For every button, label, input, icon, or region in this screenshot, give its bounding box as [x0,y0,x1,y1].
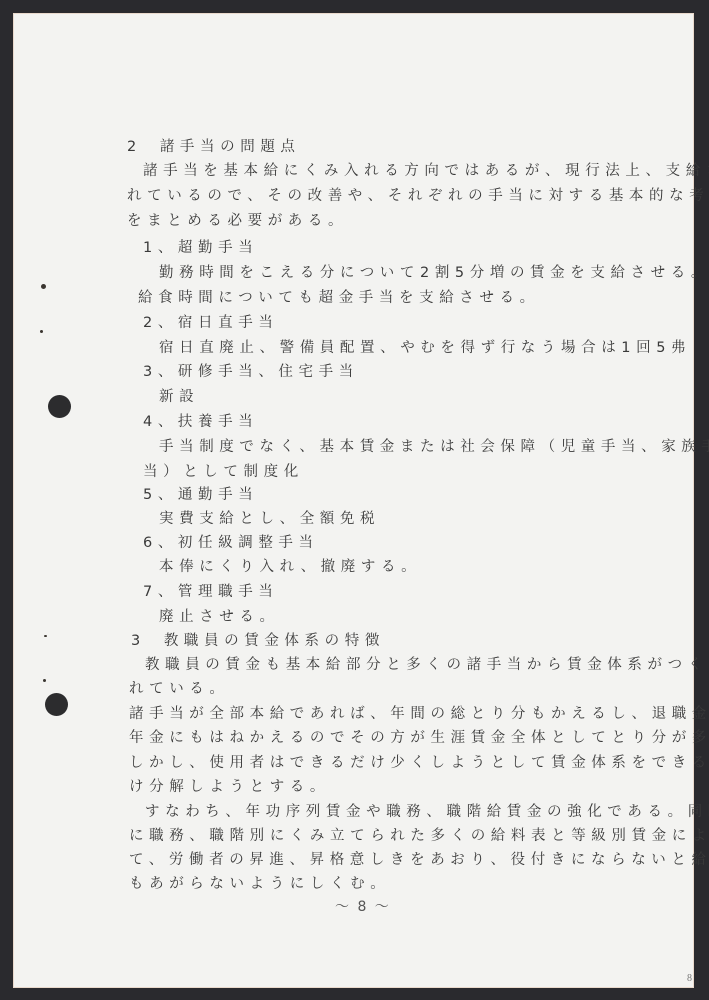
item-4-body: 手当制度でなく、基本賃金または社会保障（児童手当、家族手 [159,438,709,456]
document-page: 2諸手当の問題点 諸手当を基本給にくみ入れる方向ではあるが、現行法上、支給さ れ… [13,13,694,988]
body-line: しかし、使用者はできるだけ少くしようとして賃金体系をできるだ [129,754,709,772]
section-3-title: 教職員の賃金体系の特徴 [164,633,385,649]
item-5-body: 実費支給とし、全額免税 [159,510,380,528]
item-1-label: 1、超勤手当 [143,239,258,257]
section-2-number: 2 [127,139,142,155]
body-line: 教職員の賃金も基本給部分と多くの諸手当から賃金体系がつくら [145,656,709,674]
intro-line: 諸手当を基本給にくみ入れる方向ではあるが、現行法上、支給さ [143,162,709,180]
item-2-label: 2、宿日直手当 [143,314,278,332]
item-5-label: 5、通勤手当 [143,486,258,504]
item-1-body: 給食時間についても超金手当を支給させる。 [138,289,540,307]
body-line: れている。 [129,680,230,698]
body-line: すなわち、年功序列賃金や職務、職階給賃金の強化である。同時 [145,803,709,821]
item-1-body: 勤務時間をこえる分について2割5分増の賃金を支給させる。 [159,264,709,282]
item-4-body: 当）として制度化 [143,463,304,481]
item-7-body: 廃止させる。 [159,608,280,626]
item-4-label: 4、扶養手当 [143,413,258,431]
section-2-title: 諸手当の問題点 [160,139,301,155]
item-3-body: 新設 [159,388,199,406]
body-line: に職務、職階別にくみ立てられた多くの給料表と等級別賃金によつ [129,827,709,845]
section-2-heading: 2諸手当の問題点 [127,138,301,156]
item-2-body: 宿日直廃止、警備員配置、やむを得ず行なう場合は1回5弗 [159,339,691,357]
section-3-number: 3 [131,633,146,649]
body-line: て、労働者の昇進、昇格意しきをあおり、役付きにならないと給料 [129,851,709,869]
body-line: け分解しようとする。 [129,778,330,796]
intro-line: れているので、その改善や、それぞれの手当に対する基本的な考え [127,187,709,205]
corner-mark: 8 [687,973,692,984]
item-6-label: 6、初任級調整手当 [143,534,319,552]
page-number: ～ 8 ～ [335,896,391,916]
body-line: もあがらないようにしくむ。 [129,875,390,893]
section-3-heading: 3教職員の賃金体系の特徴 [131,632,385,650]
item-6-body: 本俸にくり入れ、撤廃する。 [159,558,421,576]
document-body: 2諸手当の問題点 諸手当を基本給にくみ入れる方向ではあるが、現行法上、支給さ れ… [13,13,694,988]
body-line: 諸手当が全部本給であれば、年間の総とり分もかえるし、退職金や [129,705,709,723]
item-7-label: 7、管理職手当 [143,583,278,601]
body-line: 年金にもはねかえるのでその方が生涯賃金全体としてとり分が多い。 [129,729,709,747]
item-3-label: 3、研修手当、住宅手当 [143,363,359,381]
intro-line: をまとめる必要がある。 [127,212,348,230]
